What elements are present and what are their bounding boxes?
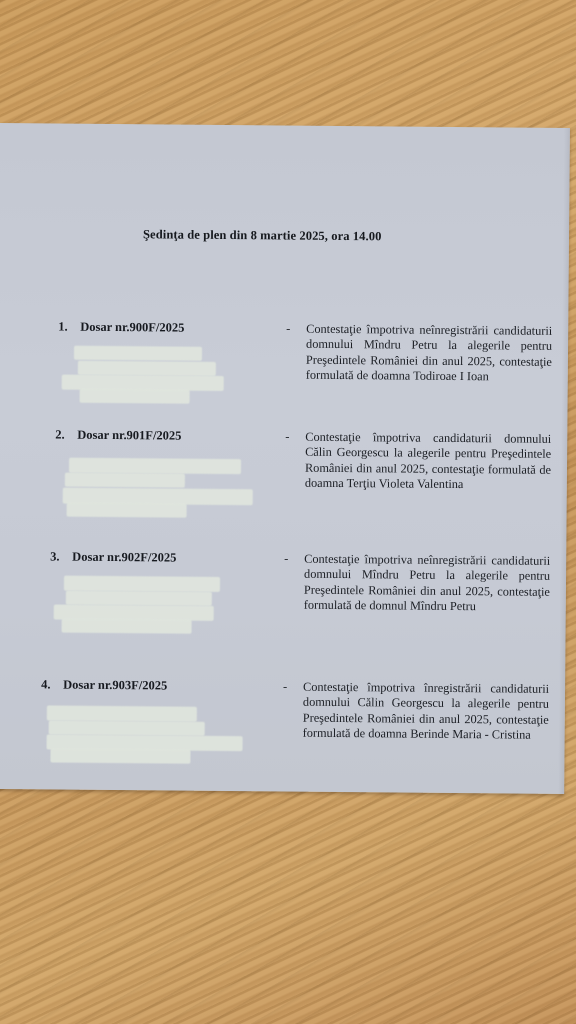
entry-index: 1. (58, 320, 80, 335)
bullet-dash: - (286, 322, 290, 337)
case-number-2: 2.Dosar nr.901F/2025 (55, 428, 181, 444)
case-entry-3: 3.Dosar nr.902F/2025 - Contestaţie împot… (0, 549, 566, 554)
case-number-4: 4.Dosar nr.903F/2025 (41, 677, 167, 693)
redaction-tape (78, 361, 216, 376)
redaction-tape (66, 591, 212, 606)
redaction-tape (67, 503, 187, 518)
redaction-tape (65, 473, 185, 488)
redaction-tape (50, 748, 190, 763)
bullet-dash: - (284, 552, 288, 567)
document-sheet: Şedinţa de plen din 8 martie 2025, ora 1… (0, 123, 570, 794)
bullet-dash: - (285, 430, 289, 445)
bullet-dash: - (283, 680, 287, 695)
entry-index: 4. (41, 677, 63, 692)
case-description-2: Contestaţie împotriva candidaturii domnu… (305, 430, 552, 494)
dosar-label: Dosar nr.903F/2025 (63, 678, 167, 693)
dosar-label: Dosar nr.900F/2025 (80, 320, 184, 335)
case-number-1: 1.Dosar nr.900F/2025 (58, 320, 184, 336)
dosar-label: Dosar nr.902F/2025 (72, 550, 176, 565)
case-description-3: Contestaţie împotriva neînregistrării ca… (304, 552, 551, 616)
entry-index: 2. (55, 428, 77, 443)
dosar-label: Dosar nr.901F/2025 (77, 428, 181, 443)
paper-edge-shadow (558, 128, 570, 794)
redaction-tape (49, 720, 205, 735)
entry-index: 3. (50, 549, 72, 564)
case-description-1: Contestaţie împotriva neînregistrării ca… (306, 322, 553, 386)
redaction-tape (64, 576, 220, 592)
redaction-tape (47, 705, 197, 721)
redaction-tape (74, 346, 202, 361)
document-title: Şedinţa de plen din 8 martie 2025, ora 1… (143, 227, 382, 244)
redaction-tape (69, 458, 241, 475)
redaction-tape (62, 619, 192, 634)
case-entry-4: 4.Dosar nr.903F/2025 - Contestaţie împot… (0, 677, 565, 682)
redaction-tape (80, 389, 190, 404)
case-entry-2: 2.Dosar nr.901F/2025 - Contestaţie împot… (0, 427, 567, 432)
case-description-4: Contestaţie împotriva înregistrării cand… (303, 680, 550, 744)
case-number-3: 3.Dosar nr.902F/2025 (50, 549, 176, 565)
case-entry-1: 1.Dosar nr.900F/2025 - Contestaţie împot… (0, 319, 568, 324)
